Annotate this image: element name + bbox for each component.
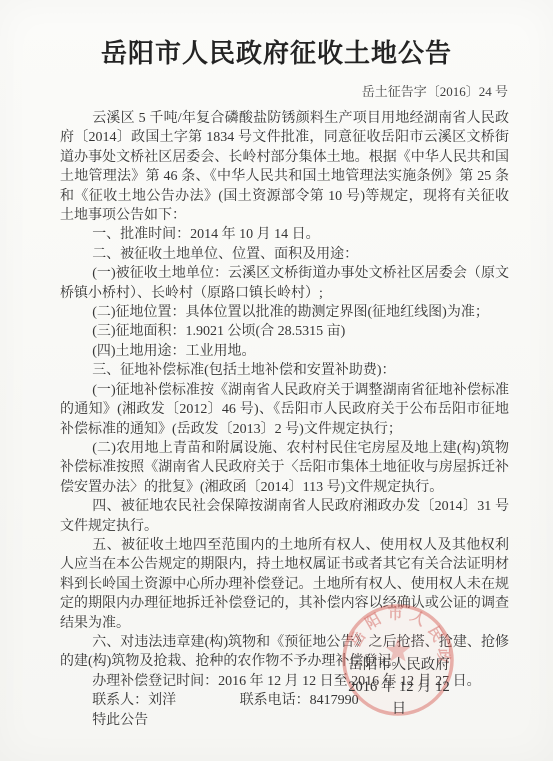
section-2-item-3: (三)征地面积：1.9021 公顷(合 28.5315 亩): [60, 322, 509, 341]
section-3-item-2: (二)农用地上青苗和附属设施、农村村民住宅房屋及地上建(构)筑物补偿标准按照《湖…: [60, 439, 509, 497]
section-2-item-4: (四)土地用途：工业用地。: [60, 342, 509, 361]
signature-authority: 岳阳市人民政府: [340, 654, 458, 676]
section-4: 四、被征地农民社会保障按湖南省人民政府湘政办发〔2014〕31 号文件规定执行。: [60, 497, 509, 536]
page-title: 岳阳市人民政府征收土地公告: [0, 0, 553, 70]
signature-block: 岳阳市人民政府 2016 年 12 月 12 日: [340, 654, 458, 720]
section-3: 三、征地补偿标准(包括土地补偿和安置补助费)：: [60, 361, 509, 380]
doc-number: 岳土征告字〔2016〕24 号: [0, 81, 553, 100]
section-2-item-2: (二)征地位置：具体位置以批准的勘测定界图(征地红线图)为准；: [60, 303, 509, 322]
section-2: 二、被征收土地单位、位置、面积及用途：: [60, 245, 509, 264]
announcement-page: 岳阳市人民政府征收土地公告 岳土征告字〔2016〕24 号 云溪区 5 千吨/年…: [0, 0, 553, 761]
section-1: 一、批准时间：2014 年 10 月 14 日。: [60, 225, 509, 244]
contact-person: 联系人：刘洋: [92, 693, 176, 708]
section-3-item-1: (一)征地补偿标准按《湖南省人民政府关于调整湖南省征地补偿标准的通知》(湘政发〔…: [60, 381, 509, 439]
section-2-item-1: (一)被征收土地单位：云溪区文桥街道办事处文桥社区居委会（原文桥镇小桥村）、长岭…: [60, 264, 509, 303]
intro-paragraph: 云溪区 5 千吨/年复合磷酸盐防锈颜料生产项目用地经湖南省人民政府〔2014〕政…: [60, 109, 509, 225]
signature-date: 2016 年 12 月 12 日: [340, 676, 458, 720]
